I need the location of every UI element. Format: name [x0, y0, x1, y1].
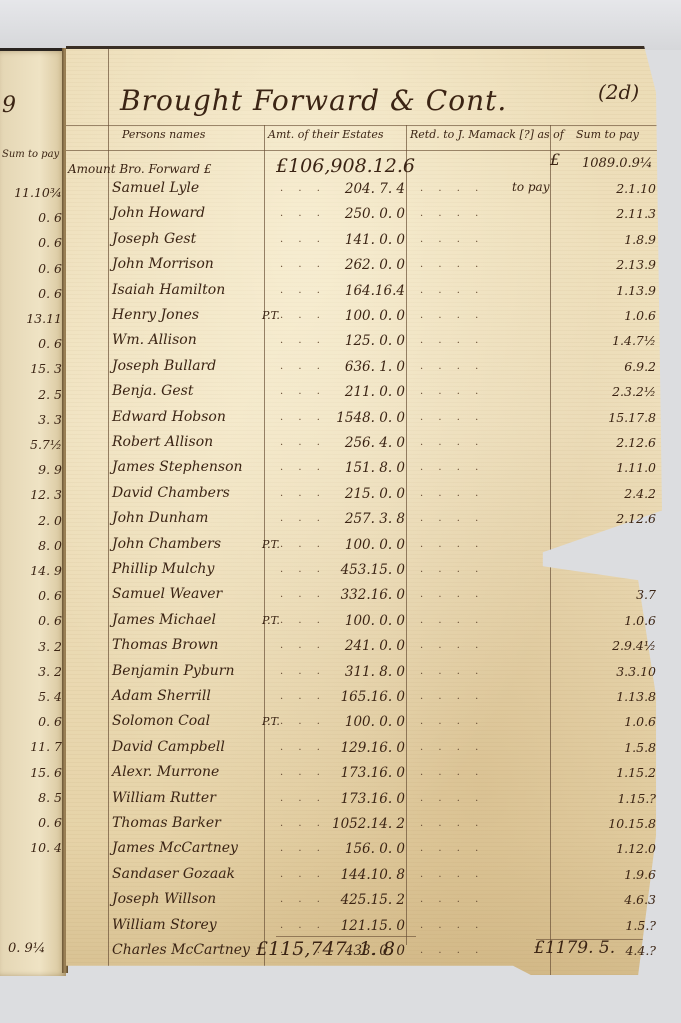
sum-to-pay: 3.3.10: [570, 664, 656, 679]
sum-to-pay: 1.12.0: [570, 841, 656, 856]
leader-dots: · · · ·: [420, 338, 484, 349]
person-name: John Dunham: [112, 510, 208, 526]
person-name: John Morrison: [112, 256, 214, 272]
left-page-value: 0. 6: [0, 210, 62, 225]
person-name: Joseph Bullard: [112, 358, 216, 374]
left-page-value: 11. 7: [0, 739, 62, 754]
estate-amount: 129.16. 0: [305, 740, 405, 756]
sum-to-pay: 1.11.0: [570, 460, 656, 475]
left-page-value: 12. 3: [0, 487, 62, 502]
left-page-fragment: 9 Sum to pay 11.10¾0. 60. 60. 60. 613.11…: [0, 48, 66, 976]
estate-amount: 125. 0. 0: [305, 333, 405, 349]
left-page-value: 2. 0: [0, 513, 62, 528]
left-page-value: 8. 5: [0, 790, 62, 805]
sum-to-pay: 2.9.4½: [570, 638, 656, 653]
estate-amount: 144.10. 8: [305, 867, 405, 883]
left-page-header-fragment: 9: [2, 93, 16, 118]
left-page-value: 15. 3: [0, 361, 62, 376]
leader-dots: · · · ·: [420, 186, 484, 197]
column-header-sum: Sum to pay: [576, 128, 639, 141]
sum-to-pay: 1.13.9: [570, 283, 656, 298]
left-page-value: 0. 6: [0, 261, 62, 276]
brought-forward-sum: 1089.0.9¼: [582, 156, 653, 171]
left-page-value: 0. 6: [0, 588, 62, 603]
leader-dots: · · · ·: [420, 288, 484, 299]
sum-to-pay: 10.15.8: [570, 816, 656, 831]
person-name: Benjamin Pyburn: [112, 663, 235, 679]
person-name: Solomon Coal: [112, 713, 210, 729]
person-name: James Michael: [112, 612, 216, 628]
left-page-value: 2. 5: [0, 387, 62, 402]
column-header-names: Persons names: [122, 128, 205, 141]
person-name: Samuel Weaver: [112, 586, 222, 602]
estate-total-rule: [276, 936, 416, 937]
left-page-value: 9. 9: [0, 462, 62, 477]
estate-amount: 1548. 0. 0: [305, 410, 405, 426]
left-page-value: 5.7½: [0, 437, 62, 452]
leader-dots: · · · ·: [420, 897, 484, 908]
person-name: James McCartney: [112, 840, 238, 856]
left-page-total: 0. 9¼: [8, 941, 45, 956]
sum-to-pay: 1.0.6: [570, 714, 656, 729]
estate-amount: 211. 0. 0: [305, 384, 405, 400]
leader-dots: · · · ·: [420, 567, 484, 578]
leader-dots: · · · ·: [420, 796, 484, 807]
estate-amount: 636. 1. 0: [305, 359, 405, 375]
person-name: Adam Sherrill: [112, 688, 211, 704]
sum-total: £1179. 5.: [534, 938, 615, 958]
leader-dots: · · · ·: [420, 542, 484, 553]
estate-amount: 173.16. 0: [305, 791, 405, 807]
person-name: Joseph Gest: [112, 231, 196, 247]
person-name: Henry Jones: [112, 307, 199, 323]
person-name: John Howard: [112, 205, 205, 221]
left-page-column-header: Sum to pay: [2, 149, 59, 160]
estate-amount: 100. 0. 0: [305, 308, 405, 324]
leader-dots: · · · ·: [420, 592, 484, 603]
person-name: Samuel Lyle: [112, 180, 199, 196]
person-name: Charles McCartney: [112, 942, 250, 958]
sum-to-pay: 2.12.6: [570, 511, 656, 526]
leader-dots: · · · ·: [420, 237, 484, 248]
leader-dots: · · · ·: [420, 491, 484, 502]
leader-dots: · · · ·: [420, 694, 484, 705]
person-name: Robert Allison: [112, 434, 213, 450]
sum-to-pay: 15.17.8: [570, 410, 656, 425]
left-page-value: 0. 6: [0, 286, 62, 301]
header-bottom-rule: [66, 150, 662, 151]
person-name: Sandaser Gozaak: [112, 866, 235, 882]
sum-to-pay: 1.15.?: [570, 791, 656, 806]
left-page-value: 3. 2: [0, 639, 62, 654]
estate-amount: 173.16. 0: [305, 765, 405, 781]
sum-to-pay: 1.8.9: [570, 232, 656, 247]
estate-amount: 425.15. 2: [305, 892, 405, 908]
left-page-value: 14. 9: [0, 563, 62, 578]
leader-dots: · · · ·: [420, 415, 484, 426]
person-name: Alexr. Murrone: [112, 764, 219, 780]
estate-amount: 151. 8. 0: [305, 460, 405, 476]
sum-to-pay: 1.5.?: [570, 918, 656, 933]
leader-dots: · · · ·: [420, 313, 484, 324]
pt-marker: P.T.: [262, 309, 280, 322]
leader-dots: · · · ·: [420, 465, 484, 476]
left-page-value: 0. 6: [0, 613, 62, 628]
pound-sign: £: [550, 150, 560, 169]
sum-to-pay: 1.13.8: [570, 689, 656, 704]
estate-amount: 257. 3. 8: [305, 511, 405, 527]
leader-dots: · · · ·: [420, 872, 484, 883]
leader-dots: · · · ·: [420, 770, 484, 781]
left-page-value: 10. 4: [0, 840, 62, 855]
left-page-value: 15. 6: [0, 765, 62, 780]
person-name: Wm. Allison: [112, 332, 197, 348]
page-number: (2d): [598, 80, 639, 104]
person-name: William Rutter: [112, 790, 216, 806]
estate-total: £115,747. 1. 8: [256, 938, 395, 960]
person-name: James Stephenson: [112, 459, 243, 475]
leader-dots: · · · ·: [420, 516, 484, 527]
estate-amount: 215. 0. 0: [305, 486, 405, 502]
estate-amount: 256. 4. 0: [305, 435, 405, 451]
left-page-value: 8. 0: [0, 538, 62, 553]
leader-dots: · · · ·: [420, 211, 484, 222]
sum-to-pay: 4.6.3: [570, 892, 656, 907]
sum-to-pay: 1.9.6: [570, 867, 656, 882]
leader-dots: · · · ·: [420, 440, 484, 451]
pt-marker: P.T.: [262, 715, 280, 728]
estate-amount: 100. 0. 0: [305, 714, 405, 730]
leader-dots: · · · ·: [420, 846, 484, 857]
person-name: William Storey: [112, 917, 217, 933]
sum-to-pay: 2.1.10: [570, 181, 656, 196]
leader-dots: · · · ·: [420, 948, 484, 959]
person-name: Phillip Mulchy: [112, 561, 214, 577]
person-name: Joseph Willson: [112, 891, 216, 907]
estate-amount: 453.15. 0: [305, 562, 405, 578]
sum-to-pay: 3.7: [570, 587, 656, 602]
sum-to-pay: 6.9.2: [570, 359, 656, 374]
leader-dots: · · · ·: [420, 618, 484, 629]
person-name: Isaiah Hamilton: [112, 282, 225, 298]
sum-to-pay: 1.15.2: [570, 765, 656, 780]
sum-to-pay: 1.5.8: [570, 740, 656, 755]
estate-amount: 241. 0. 0: [305, 638, 405, 654]
sum-to-pay: 2.3.2½: [570, 384, 656, 399]
person-name: Benja. Gest: [112, 383, 193, 399]
person-name: Thomas Brown: [112, 637, 218, 653]
leader-dots: · · · ·: [420, 821, 484, 832]
left-page-value: 11.10¾: [0, 185, 62, 200]
estate-amount: 262. 0. 0: [305, 257, 405, 273]
estate-amount: 204. 7. 4: [305, 181, 405, 197]
leader-dots: · · · ·: [420, 389, 484, 400]
column-header-returned: Retd. to J. Mamack [?] as of: [410, 128, 564, 141]
leader-dots: · · · ·: [420, 669, 484, 680]
column-header-estates: Amt. of their Estates: [268, 128, 384, 141]
left-page-value: 0. 6: [0, 815, 62, 830]
pt-marker: P.T.: [262, 614, 280, 627]
sum-to-pay: 1.4.7½: [570, 333, 656, 348]
brought-forward-label: Amount Bro. Forward £: [68, 162, 211, 176]
estate-amount: 311. 8. 0: [305, 664, 405, 680]
estate-amount: 100. 0. 0: [305, 537, 405, 553]
estate-amount: 165.16. 0: [305, 689, 405, 705]
leader-dots: · · · ·: [420, 364, 484, 375]
estate-amount: 141. 0. 0: [305, 232, 405, 248]
to-pay-note: to pay: [512, 180, 549, 194]
page-title: Brought Forward & Cont.: [120, 84, 507, 117]
estate-amount: 121.15. 0: [305, 918, 405, 934]
left-page-value: 0. 6: [0, 714, 62, 729]
person-name: David Chambers: [112, 485, 230, 501]
left-page-value: 0. 6: [0, 336, 62, 351]
person-name: John Chambers: [112, 536, 221, 552]
leader-dots: · · · ·: [420, 643, 484, 654]
leader-dots: · · · ·: [420, 745, 484, 756]
left-page-value: 0. 6: [0, 235, 62, 250]
person-name: Edward Hobson: [112, 409, 226, 425]
sum-to-pay: 2.11.3: [570, 206, 656, 221]
brought-forward-amount: £106,908.12.6: [276, 155, 415, 177]
leader-dots: · · · ·: [420, 923, 484, 934]
sum-column-rule: [550, 125, 551, 975]
estate-amount: 1052.14. 2: [305, 816, 405, 832]
margin-rule: [108, 49, 109, 969]
estate-amount: 332.16. 0: [305, 587, 405, 603]
pt-marker: P.T.: [262, 538, 280, 551]
sum-to-pay: 2.4.2: [570, 486, 656, 501]
person-name: David Campbell: [112, 739, 225, 755]
leader-dots: · · · ·: [420, 262, 484, 273]
sum-to-pay: 2.13.9: [570, 257, 656, 272]
leader-dots: · · · ·: [420, 719, 484, 730]
left-page-value: 3. 2: [0, 664, 62, 679]
left-page-value: 13.11: [0, 311, 62, 326]
sum-to-pay: 1.0.6: [570, 613, 656, 628]
sum-to-pay: 1.0.6: [570, 308, 656, 323]
left-page-value: 5. 4: [0, 689, 62, 704]
left-page-value: 3. 3: [0, 412, 62, 427]
sum-to-pay: 2.12.6: [570, 435, 656, 450]
estate-amount: 164.16.4: [305, 283, 405, 299]
estate-amount: 156. 0. 0: [305, 841, 405, 857]
scan-background: [0, 0, 681, 50]
estate-amount: 100. 0. 0: [305, 613, 405, 629]
estate-column-rule: [406, 125, 407, 945]
header-top-rule: [66, 125, 662, 126]
estate-amount: 250. 0. 0: [305, 206, 405, 222]
person-name: Thomas Barker: [112, 815, 221, 831]
